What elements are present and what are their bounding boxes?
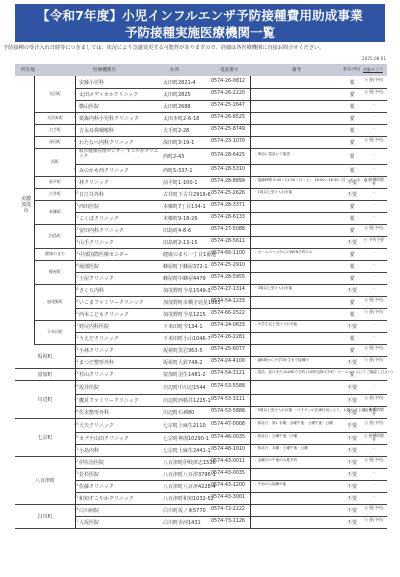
institution-name: うえだクリニック	[79, 335, 119, 342]
region-divider	[34, 344, 75, 345]
institution-tel[interactable]: 0574-25-6077	[211, 347, 245, 352]
reservation-required: 不要	[343, 447, 361, 454]
institution-tel[interactable]: 0574-28-6425	[211, 153, 245, 158]
institution-name: 杉山クリニック	[79, 371, 114, 378]
reservation-required: 不要	[343, 191, 361, 198]
region-divider	[15, 528, 75, 529]
institution-tel[interactable]: 0574-73-1126	[211, 519, 245, 524]
region-label: 大手町	[35, 127, 75, 133]
reservation-required: 不要	[343, 507, 361, 514]
reservation-required: 不要	[343, 471, 361, 478]
header-reservation: 要否(予約)	[343, 67, 360, 72]
reservation-required: 不要	[343, 323, 361, 330]
target-type: ○ 接種時間外	[363, 178, 385, 187]
target-type: -	[363, 114, 385, 118]
institution-name: 太田メディカルクリニック	[79, 91, 138, 98]
reservation-required: 要	[343, 347, 361, 354]
issue-date: 2025.08.01	[362, 56, 386, 61]
institution-tel[interactable]: 0574-24-0633	[211, 323, 245, 328]
header-name: 医療機関名	[93, 67, 116, 73]
region-divider	[34, 200, 75, 201]
institution-tel[interactable]: 0574-25-2626	[211, 191, 245, 196]
region-divider	[15, 504, 75, 505]
institution-name: 栗森内科小児科クリニック	[79, 115, 139, 122]
institution-tel[interactable]: 0574-26-2281	[211, 335, 245, 340]
institution-tel[interactable]: 0574-43-1200	[211, 483, 245, 488]
institution-name: まつだ整形外科	[79, 359, 114, 366]
target-type: -	[363, 370, 385, 374]
reservation-required: 不要	[343, 519, 361, 526]
institution-name: 鷹見ファミリークリニック	[79, 397, 139, 404]
institution-name: 堀部医院	[79, 263, 99, 270]
institution-tel[interactable]: 0574-26-6525	[211, 115, 245, 120]
institution-address: 川辺町西栃井1225-1	[163, 397, 211, 404]
institution-address: 七宗町上麻生2441-1	[163, 447, 211, 454]
institution-address: 蜂屋町中蜂屋4479	[163, 275, 206, 282]
institution-address: 西町5-337-1	[163, 167, 193, 174]
region-label: 太田本町	[35, 115, 75, 121]
target-type: ○ 要(予約)	[363, 78, 385, 82]
institution-tel[interactable]: 0574-54-1233	[211, 299, 245, 304]
institution-tel[interactable]: 0574-27-1314	[211, 287, 245, 292]
target-type: ○ 要(予約)	[363, 90, 385, 94]
institution-name: 日江井外科	[79, 191, 104, 198]
region-label: 太田町	[35, 91, 75, 97]
institution-tel[interactable]: 0574-28-6133	[211, 215, 245, 220]
region-label: 前平町	[35, 179, 75, 185]
column-divider	[250, 76, 251, 528]
target-type: -	[363, 250, 385, 254]
target-type: -	[363, 152, 385, 156]
target-type: ○ 要(予約)	[363, 458, 385, 462]
reservation-required: 要	[343, 127, 361, 134]
institution-address: 本郷町7丁目134-1	[163, 203, 206, 210]
institution-address: 太田町2688	[163, 103, 191, 110]
institution-address: 蜂屋町下蜂屋372-1	[163, 263, 208, 270]
institution-name: 伊佐治医院	[79, 459, 104, 466]
header-type: 対象タイプ	[363, 67, 383, 73]
institution-tel[interactable]: 0574-72-2222	[211, 507, 245, 512]
region-divider	[34, 248, 75, 249]
institution-address: 深田町3-19-1	[163, 139, 194, 146]
reservation-required: 不要	[343, 495, 361, 502]
institution-address: 前平町1-100-1	[163, 179, 198, 186]
region-divider	[34, 260, 75, 261]
institution-note: ・午前のみ接種可能	[254, 482, 286, 487]
institution-note: ・小学生以上受け入れ可能	[254, 322, 297, 327]
reservation-required: 不要	[343, 483, 361, 490]
reservation-required: 不要	[343, 422, 361, 429]
row-divider	[75, 528, 387, 529]
reservation-required: 要	[343, 311, 361, 318]
institution-address: 七宗町神渕10290-1	[163, 435, 209, 442]
region-divider	[34, 124, 75, 125]
institution-note: ・ホームページからのWEB予約のみ	[254, 250, 313, 255]
reservation-required: 要	[343, 153, 361, 160]
institution-name: 岐阜健康管理センター すこやかクリニック	[79, 149, 159, 159]
reservation-required: 不要	[343, 384, 361, 391]
target-type: ○ 要(予約)	[363, 396, 385, 400]
reservation-required: 要	[343, 275, 361, 282]
institution-name: 若杉医院	[79, 471, 99, 478]
institution-tel[interactable]: 0574-66-1100	[211, 251, 245, 256]
title-banner: 【令和7年度】小児インフルエンザ予防接種費用助成事業 予防接種実施医療機関一覧	[15, 4, 385, 42]
institution-tel[interactable]: 0574-28-8899	[211, 179, 245, 184]
institution-note: ・1歳以上受け入れ可能	[254, 190, 292, 195]
target-type: ○ 要(予約)	[363, 310, 385, 314]
region-divider	[15, 368, 75, 369]
institution-address: 坂祝町黒岩363-5	[163, 347, 203, 354]
institution-note: ・満6歳から小学3年生まで接種可	[254, 358, 309, 363]
institution-address: 八百津町八百津4228-4	[163, 483, 216, 490]
reservation-required: 要	[343, 215, 361, 222]
institution-note: ・3歳以上受け入れ可能	[254, 286, 292, 291]
target-type: ○ 要(予約)	[363, 346, 385, 350]
target-type: -	[363, 274, 385, 278]
target-type: ○ 接種時間外	[363, 434, 385, 443]
reservation-required: 不要	[343, 179, 361, 186]
institution-name: 吉永耳鼻咽喉科	[79, 127, 114, 134]
region-divider	[34, 224, 75, 225]
region-label: 七宗町	[17, 434, 73, 441]
institution-name: 小林クリニック	[79, 347, 114, 354]
institution-name: 佐藤クリニック	[79, 483, 114, 490]
reservation-required: 不要	[343, 359, 361, 366]
region-label: 川辺町	[17, 396, 73, 403]
institution-address: 坂祝町大針748-2	[163, 359, 203, 366]
region-divider	[34, 148, 75, 149]
table-row: 3横山医院太田町26880574-25-2647要-	[15, 100, 387, 112]
institution-name: わたなべ内科クリニック	[79, 139, 134, 146]
institution-tel[interactable]: 0574-26-2220	[211, 91, 245, 96]
institution-address: 下米田町今134-1	[163, 323, 203, 330]
reservation-required: 不要	[343, 239, 361, 246]
institution-tel[interactable]: 0574-23-1070	[211, 139, 245, 144]
region-label: 加茂野町	[35, 299, 75, 305]
reservation-required: 要	[343, 167, 361, 174]
institution-tel[interactable]: 0574-43-3001	[211, 495, 245, 500]
institution-tel[interactable]: 0574-43-0011	[211, 459, 245, 464]
region-label: 八百津町	[17, 477, 73, 484]
region-label: 深田町	[35, 139, 75, 145]
institution-tel[interactable]: 0574-28-5611	[211, 239, 245, 244]
reservation-required: 要	[343, 103, 361, 110]
institution-name: いこまファミリークリニック	[79, 299, 144, 306]
table-row: 28佐本整形外科川辺町石神800574-53-5888・5歳以上受け入れ可能 ・…	[15, 406, 387, 418]
target-type: -	[363, 166, 385, 170]
reservation-required: 要	[343, 91, 361, 98]
institution-name: こくぼクリニック	[79, 215, 119, 222]
institution-tel[interactable]: 0574-47-0008	[211, 422, 245, 427]
target-type: -	[363, 383, 385, 387]
table-row: 32伊佐治医院八百津町伊岐津志15160574-43-0011・金曜日の午後のみ…	[15, 456, 387, 468]
institution-note: ・金曜日の午後のみ要予約	[254, 458, 297, 463]
institution-tel[interactable]: 0574-66-2522	[211, 311, 245, 316]
reservation-required: 不要	[343, 409, 361, 416]
institution-name: 坂井医院	[79, 384, 99, 391]
institution-address: 白川町坂ノ東5770	[163, 507, 206, 514]
table-row: 18さくち内科加茂野町今泉1549-30574-27-1314・3歳以上受け入れ…	[15, 284, 387, 296]
institution-name: 小島内科	[79, 447, 99, 454]
institution-tel[interactable]: 0574-48-1010	[211, 447, 245, 452]
target-type: -	[363, 322, 385, 326]
institution-address: 川辺町石神80	[163, 409, 194, 416]
institution-tel[interactable]: 0574-53-5588	[211, 384, 245, 389]
institution-address: 八百津町和知1032-52	[163, 495, 214, 502]
reservation-required: 不要	[343, 397, 361, 404]
reservation-required: 要	[343, 251, 361, 258]
region-divider	[34, 176, 75, 177]
target-type: ○ 要(予約)	[363, 138, 385, 142]
target-type: ○ 要(予約)	[363, 421, 385, 425]
institution-address: 太田本町2-6-18	[163, 115, 199, 122]
table-row: 29大矢クリニック七宗町上麻生21100574-47-0008・休診日：第1 木…	[15, 418, 387, 432]
target-type: -	[363, 482, 385, 486]
region-label: 古井町	[35, 191, 75, 197]
target-type: -	[363, 470, 385, 474]
institution-name: 白川病院	[79, 507, 99, 514]
institution-name: 横山医院	[79, 103, 99, 110]
table-row: 31小島内科七宗町上麻生2441-10574-48-1010・休診日：木曜・土曜…	[15, 444, 387, 456]
institution-tel[interactable]: 0574-43-0035	[211, 471, 245, 476]
institution-name: カブナ山田クリニック	[79, 435, 129, 442]
reservation-required: 要	[343, 263, 361, 270]
city-label: 美濃加茂市	[21, 196, 31, 214]
region-divider	[15, 456, 75, 457]
reservation-required: 要	[343, 371, 361, 378]
institution-address: 大手町2-28	[163, 127, 189, 134]
institution-address: 本郷町9-18-26	[163, 215, 198, 222]
region-label: 富加町	[17, 371, 73, 378]
institution-tel[interactable]: 0574-28-5310	[211, 167, 245, 172]
reservation-required: 要	[343, 335, 361, 342]
institution-note: ・休診日：木曜・土曜午後・日曜	[254, 446, 308, 451]
target-type: -	[363, 494, 385, 498]
institution-address: 田島町4-8-6	[163, 227, 191, 234]
institution-note: ・事前に電話にて確認	[254, 152, 290, 157]
reservation-required: 要	[343, 139, 361, 146]
institution-address: 西町2-43	[163, 153, 184, 160]
target-type: ○ 要(予約)	[363, 298, 385, 302]
target-type: ○ 要(予約)	[363, 226, 385, 230]
institution-tel[interactable]: 0574-25-2910	[211, 263, 245, 268]
institution-tel[interactable]: 0574-24-4100	[211, 359, 245, 364]
table-row: 20西本こどもクリニック加茂野町今泉12150574-66-2522要○ 要(予…	[15, 308, 387, 320]
institution-tel[interactable]: 0574-28-3371	[211, 203, 245, 208]
institution-address: 八百津町伊岐津志1516	[163, 459, 216, 466]
table-row: 8みのかも西クリニック西町5-337-10574-28-5310要-	[15, 164, 387, 176]
target-type: ○ 要(予約)	[363, 518, 385, 522]
institution-note: ・休診日：土曜午後・日曜	[254, 434, 297, 439]
institution-tel[interactable]: 0574-46-0035	[211, 435, 245, 440]
institution-address: 古井町下古井2919-6	[163, 191, 211, 198]
institution-name: 山手クリニック	[79, 239, 114, 246]
institution-name: 大矢クリニック	[79, 422, 114, 429]
institution-name: 安田内科クリニック	[79, 227, 124, 234]
target-type: ○ 要(予約)	[363, 358, 385, 362]
region-divider	[34, 188, 75, 189]
region-label: 本郷町	[35, 209, 75, 215]
target-type: ○ 接種時間外	[363, 408, 385, 417]
institution-name: 中部国際医療センター	[79, 251, 129, 258]
region-label: 坂祝町	[17, 353, 73, 360]
table-row: 35和知すこやかクリニック八百津町和知1032-520574-43-3001不要…	[15, 492, 387, 504]
target-type: -	[363, 262, 385, 266]
institution-address: 太田町2821-4	[163, 79, 196, 86]
target-type: -	[363, 126, 385, 130]
region-divider	[34, 320, 75, 321]
region-divider	[15, 380, 75, 381]
header-tel: 電話番号	[220, 67, 238, 73]
reservation-required: 要	[343, 203, 361, 210]
institution-address: 健康のまち一丁目1番地	[163, 251, 216, 258]
institution-address: 太田町2825	[163, 91, 191, 98]
institution-address: 加茂野町今泉1549-3	[163, 287, 211, 294]
target-type: -	[363, 202, 385, 206]
institution-tel[interactable]: 0574-26-0812	[211, 79, 245, 84]
institution-tel[interactable]: 0574-54-3121	[211, 371, 245, 376]
institution-address: 八百津町八百津3796-1	[163, 471, 216, 478]
institution-name: 西本こどもクリニック	[79, 311, 129, 318]
institution-address: 白川町赤河1431	[163, 519, 201, 526]
target-type: ○ 予約不要	[363, 238, 385, 242]
region-label: 白川町	[17, 513, 73, 520]
institution-tel[interactable]: 0574-25-8749	[211, 127, 245, 132]
region-label: 西町	[35, 159, 75, 165]
institution-tel[interactable]: 0574-25-2647	[211, 103, 245, 108]
region-label: 健康のまち	[35, 251, 75, 257]
target-type: -	[363, 286, 385, 290]
reservation-required: 要	[343, 79, 361, 86]
region-divider	[34, 284, 75, 285]
institution-address: 川辺町中川辺1544	[163, 384, 206, 391]
table-row: 26坂井医院川辺町中川辺15440574-53-5588不要-	[15, 380, 387, 394]
institution-tel[interactable]: 0574-28-5955	[211, 275, 245, 280]
institution-name: 和知すこやかクリニック	[79, 495, 134, 502]
region-label: 田島町	[35, 233, 75, 239]
institution-address: 富加町羽生1481-2	[163, 371, 206, 378]
header-area: 所在地	[21, 67, 35, 73]
region-divider	[34, 112, 75, 113]
institution-name: 佐本整形外科	[79, 409, 109, 416]
table-row: 1安藤小児科太田町2821-40574-26-0812要○ 要(予約)	[15, 76, 387, 88]
header-note: 備考	[292, 67, 301, 73]
title-line1: 【令和7年度】小児インフルエンザ予防接種費用助成事業	[15, 4, 385, 24]
institution-tel[interactable]: 0574-53-5888	[211, 409, 245, 414]
institution-name: 林クリニック	[79, 179, 109, 186]
reservation-required: 要	[343, 115, 361, 122]
institution-name: 土屋クリニック	[79, 275, 114, 282]
region-divider	[34, 136, 75, 137]
reservation-required: 不要	[343, 435, 361, 442]
institution-address: 下米田町小山1046-7	[163, 335, 211, 342]
institution-name: さくち内科	[79, 287, 104, 294]
title-line2: 予防接種実施医療機関一覧	[15, 24, 385, 41]
region-label: 蜂屋町	[35, 269, 75, 275]
target-type: -	[363, 446, 385, 450]
institution-address: 田島町2-13-15	[163, 239, 198, 246]
region-divider	[15, 418, 75, 419]
reservation-required: 要	[343, 227, 361, 234]
header-address: 住所	[170, 67, 179, 73]
institution-tel[interactable]: 0574-53-3111	[211, 397, 245, 402]
institution-tel[interactable]: 0574-27-5088	[211, 227, 245, 232]
institution-note: ・休診日：第1 木曜・金曜午後・土曜午後・日曜	[254, 421, 333, 426]
target-type: -	[363, 334, 385, 338]
reservation-required: 不要	[343, 459, 361, 466]
notice-text: 予防接種の受け入れ日時等につきましては、状況により急遽変更する可能性がありますの…	[3, 44, 399, 52]
table-header: 所在地 医療機関名 住所 電話番号 備考 要否(予約) 対象タイプ	[15, 64, 387, 76]
institution-name: 西田医院	[79, 203, 99, 210]
target-type: -	[363, 102, 385, 106]
region-label: 下米田町	[35, 329, 75, 335]
reservation-required: 不要	[343, 287, 361, 294]
target-type: -	[363, 190, 385, 194]
column-divider	[75, 76, 76, 528]
target-type: -	[363, 214, 385, 218]
institution-address: 七宗町上麻生2110	[163, 422, 206, 429]
institution-name: 野尻内科医院	[79, 323, 109, 330]
institution-name: みのかも西クリニック	[79, 167, 129, 174]
target-type: ○ 要(予約)	[363, 506, 385, 510]
institution-name: 安藤小児科	[79, 79, 104, 86]
reservation-required: 要	[343, 299, 361, 306]
institution-address: 加茂野町今泉1215	[163, 311, 206, 318]
institution-name: 大坂医院	[79, 519, 99, 526]
